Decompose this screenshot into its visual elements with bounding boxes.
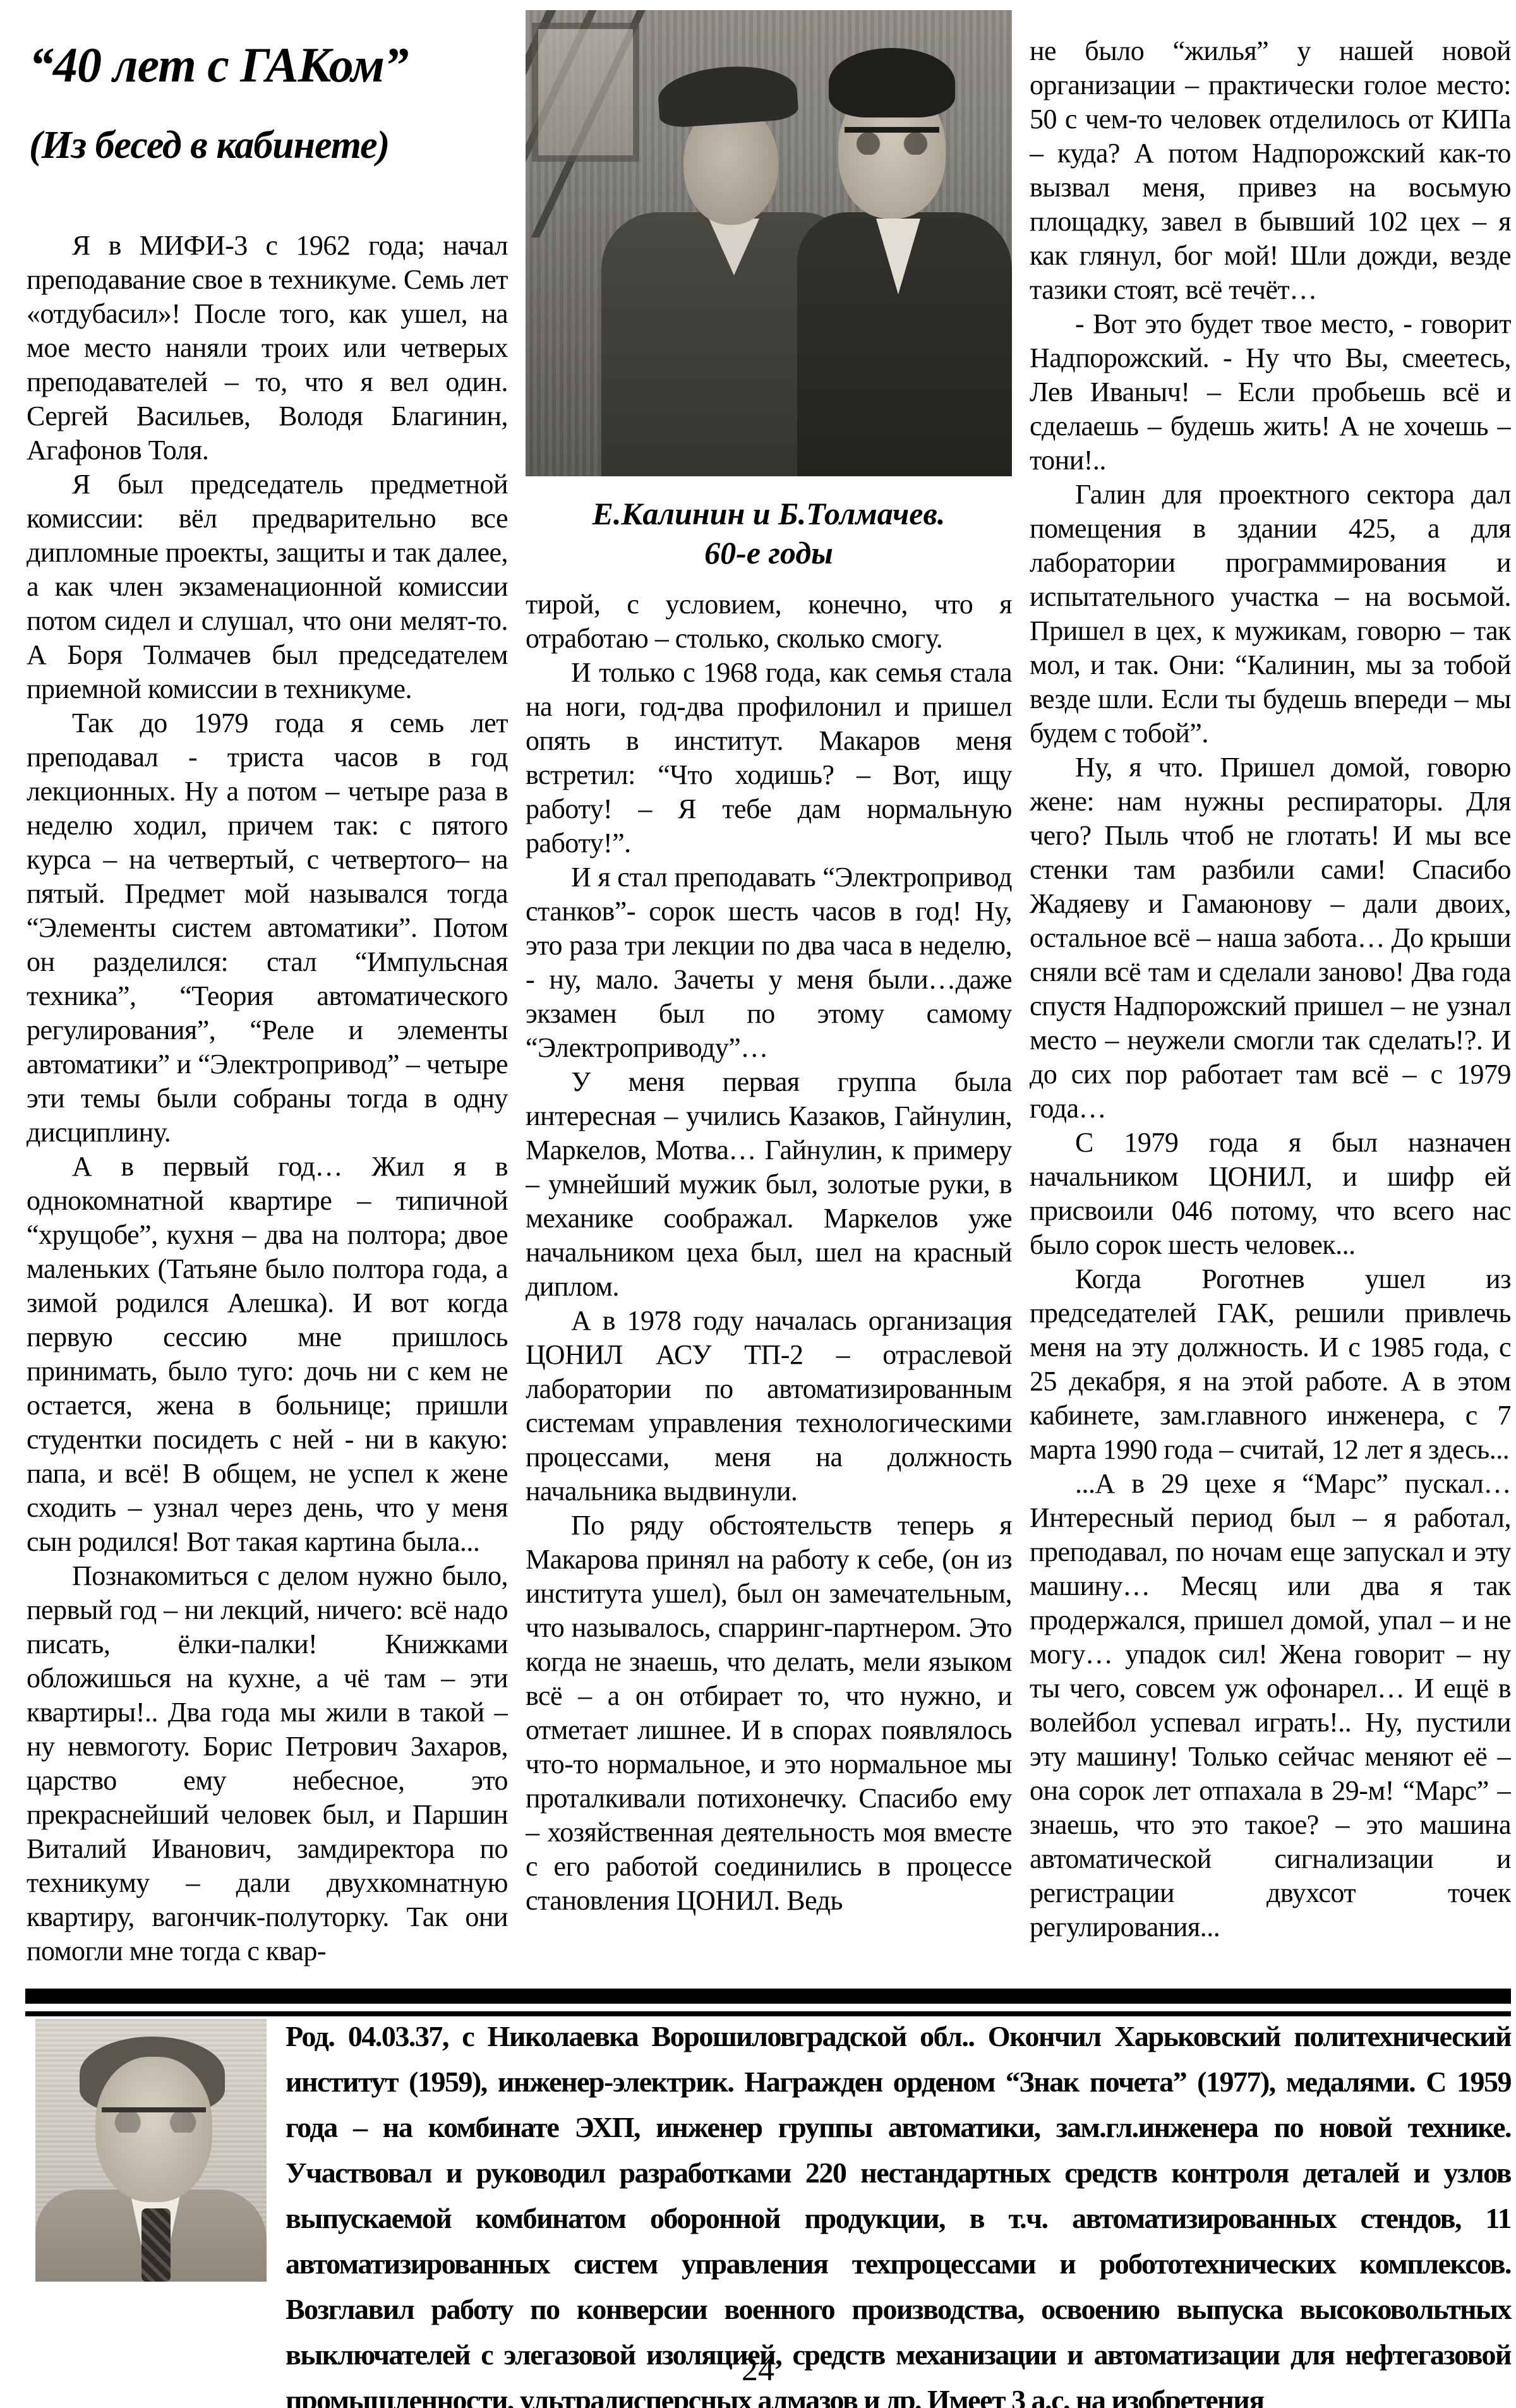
photo-caption-line1: Е.Калинин и Б.Толмачев. <box>526 494 1012 533</box>
paragraph: А в 1978 году началась организация ЦОНИЛ… <box>526 1304 1012 1508</box>
text-column-3: не было “жилья” у нашей новой организаци… <box>1030 34 1511 1985</box>
paragraph: У меня первая группа была интересная – у… <box>526 1065 1012 1304</box>
portrait-shape-tie <box>141 2208 171 2282</box>
photo-shape-window <box>538 29 633 155</box>
photo-shape-man2-hair <box>829 48 955 117</box>
paragraph: Я был председатель предметной комиссии: … <box>27 467 508 706</box>
page-number: 24 <box>0 2351 1516 2388</box>
paragraph: не было “жилья” у нашей новой организаци… <box>1030 34 1511 307</box>
portrait-shape-glasses <box>102 2107 206 2133</box>
text-column-2: тирой, с условием, конечно, что я отрабо… <box>526 587 1012 1985</box>
paragraph: Галин для проектного сектора дал помещен… <box>1030 478 1511 750</box>
paragraph: С 1979 года я был назначен начальником Ц… <box>1030 1126 1511 1262</box>
paragraph: Ну, я что. Пришел домой, говорю жене: на… <box>1030 750 1511 1126</box>
paragraph: Так до 1979 года я семь лет преподавал -… <box>27 706 508 1150</box>
paragraph: И я стал преподавать “Электропривод стан… <box>526 860 1012 1065</box>
paragraph: Я в МИФИ-3 с 1962 года; начал преподаван… <box>27 229 508 467</box>
photo-shape-man2-glasses <box>845 127 939 155</box>
portrait-photo <box>35 2019 267 2282</box>
photo-caption: Е.Калинин и Б.Толмачев. 60-е годы <box>526 494 1012 572</box>
newspaper-page: “40 лет с ГАКом” (Из бесед в кабинете) Е… <box>0 0 1516 2408</box>
paragraph: - Вот это будет твое место, - говорит На… <box>1030 307 1511 478</box>
photo-caption-line2: 60-е годы <box>526 533 1012 572</box>
section-separator <box>25 1989 1511 2016</box>
text-column-1: Я в МИФИ-3 с 1962 года; начал преподаван… <box>27 229 508 1985</box>
photo-two-men <box>526 10 1012 476</box>
biography-text: Род. 04.03.37, с Николаевка Ворошиловгра… <box>286 2014 1511 2368</box>
paragraph: Когда Роготнев ушел из председателей ГАК… <box>1030 1262 1511 1467</box>
article-subtitle: (Из бесед в кабинете) <box>29 124 509 167</box>
paragraph: Познакомиться с делом нужно было, первый… <box>27 1559 508 1968</box>
paragraph: И только с 1968 года, как семья стала на… <box>526 656 1012 860</box>
paragraph: ...А в 29 цехе я “Марс” пускал… Интересн… <box>1030 1467 1511 1944</box>
paragraph: По ряду обстоятельств теперь я Макарова … <box>526 1508 1012 1918</box>
separator-thick-rule <box>25 1989 1511 2004</box>
paragraph: тирой, с условием, конечно, что я отрабо… <box>526 587 1012 656</box>
paragraph: А в первый год… Жил я в однокомнатной кв… <box>27 1150 508 1559</box>
article-title: “40 лет с ГАКом” <box>29 39 509 91</box>
